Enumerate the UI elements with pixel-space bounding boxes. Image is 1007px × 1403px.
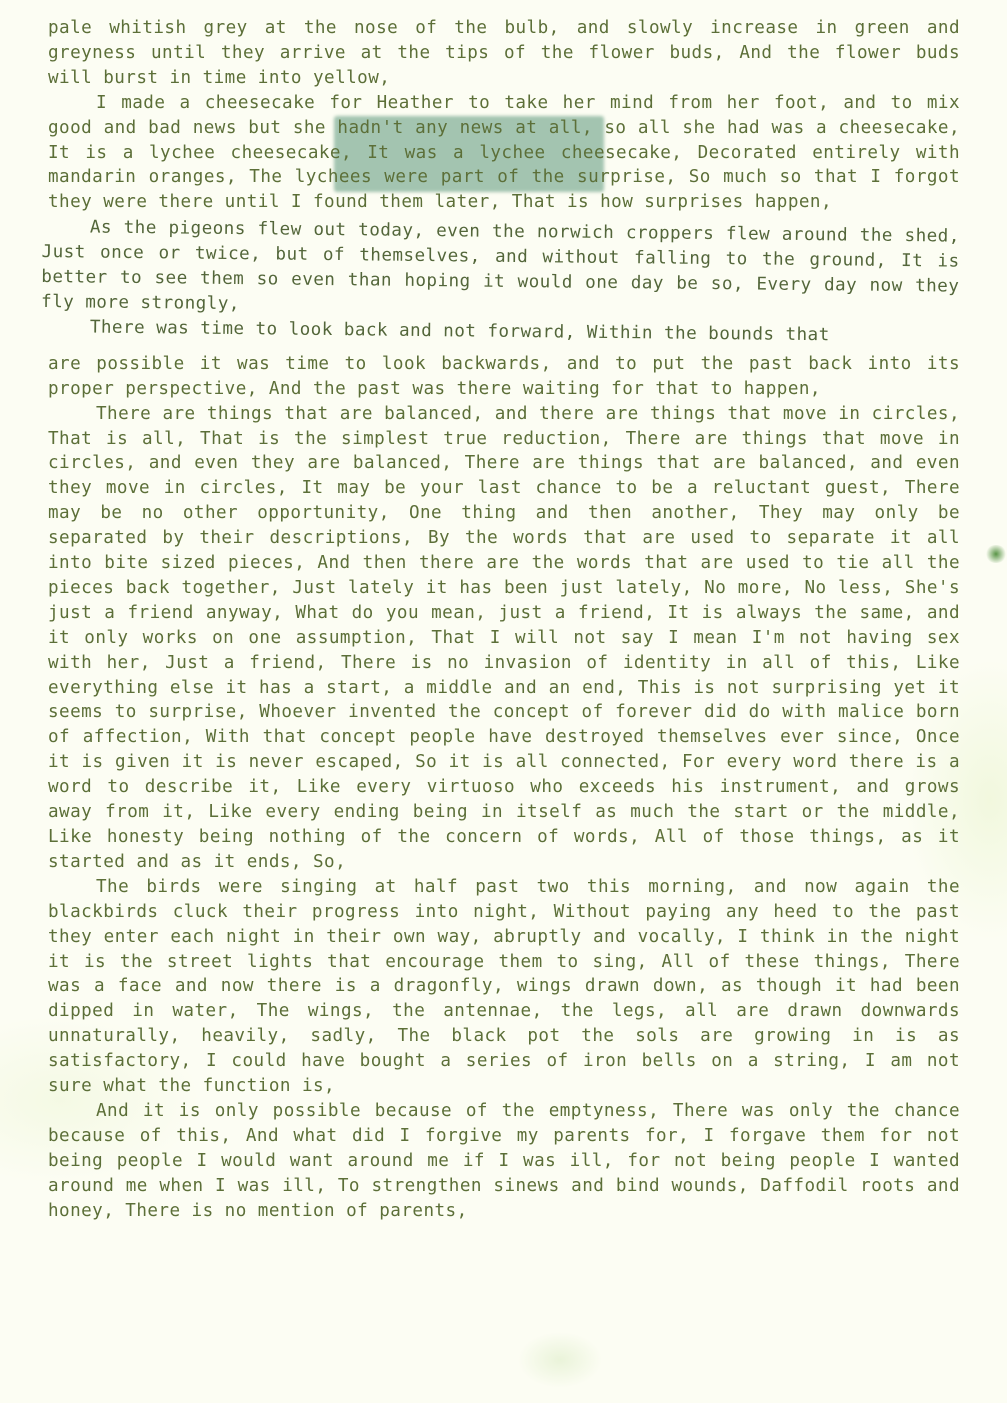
paragraph: I made a cheesecake for Heather to take …	[48, 91, 960, 216]
paragraph: And it is only possible because of the e…	[48, 1099, 960, 1224]
paragraph: pale whitish grey at the nose of the bul…	[48, 16, 960, 91]
paragraph: The birds were singing at half past two …	[48, 875, 960, 1099]
paragraph: As the pigeons flew out today, even the …	[41, 215, 960, 324]
paragraph: There are things that are balanced, and …	[48, 402, 960, 875]
ink-stain	[985, 545, 1007, 563]
typewritten-text: pale whitish grey at the nose of the bul…	[48, 16, 960, 1224]
paragraph: are possible it was time to look backwar…	[48, 352, 960, 402]
